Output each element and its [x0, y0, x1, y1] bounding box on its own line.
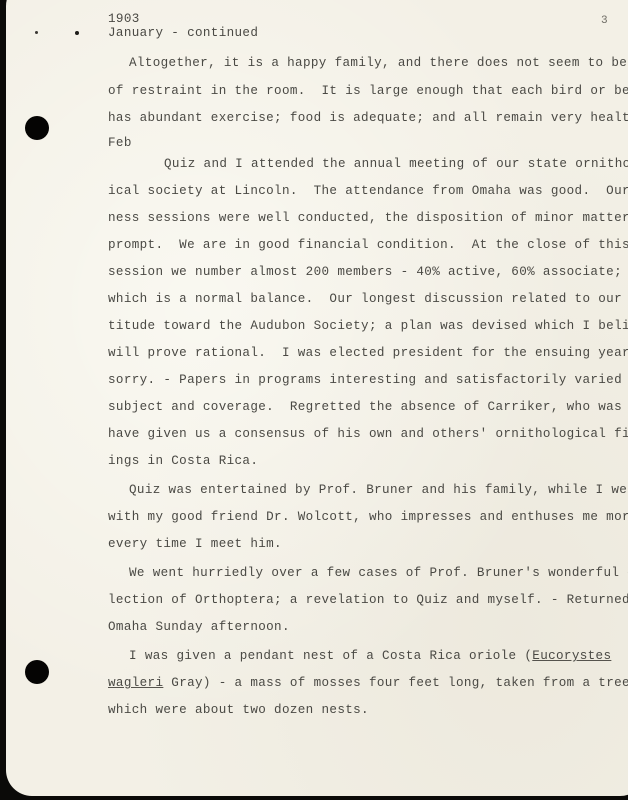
text-line: which were about two dozen nests. [108, 703, 369, 717]
text-line: with my good friend Dr. Wolcott, who imp… [108, 510, 628, 524]
text-line: Quiz was entertained by Prof. Bruner and… [129, 483, 628, 497]
text-line: titude toward the Audubon Society; a pla… [108, 319, 628, 333]
date-marker-feb: Feb [108, 136, 132, 150]
punch-hole-bottom [25, 660, 49, 684]
text-line: which is a normal balance. Our longest d… [108, 292, 628, 306]
text-line: subject and coverage. Regretted the abse… [108, 400, 628, 414]
text-segment: I was given a pendant nest of a Costa Ri… [129, 649, 532, 663]
scanned-document: 3 1903 January - continued Altogether, i… [0, 0, 628, 800]
text-line: ness sessions were well conducted, the d… [108, 211, 628, 225]
text-line: Quiz and I attended the annual meeting o… [164, 157, 628, 171]
text-line: ings in Costa Rica. [108, 454, 258, 468]
header-month: January - continued [108, 26, 258, 40]
text-line-species: wagleri Gray) - a mass of mosses four fe… [108, 676, 628, 690]
text-line: lection of Orthoptera; a revelation to Q… [108, 593, 628, 607]
text-line: has abundant exercise; food is adequate;… [108, 111, 628, 125]
text-line: sorry. - Papers in programs interesting … [108, 373, 628, 387]
text-line: every time I meet him. [108, 537, 282, 551]
document-body: Altogether, it is a happy family, and th… [0, 0, 32, 420]
text-line: session we number almost 200 members - 4… [108, 265, 622, 279]
text-line: prompt. We are in good financial conditi… [108, 238, 628, 252]
text-line: ical society at Lincoln. The attendance … [108, 184, 628, 198]
species-epithet: wagleri [108, 676, 163, 690]
page-number: 3 [601, 15, 608, 27]
header-year: 1903 [108, 12, 140, 26]
paper-speck [35, 31, 38, 34]
text-line: of restraint in the room. It is large en… [108, 84, 628, 98]
text-line: We went hurriedly over a few cases of Pr… [129, 566, 628, 580]
species-genus: Eucorystes [532, 649, 611, 663]
text-line: have given us a consensus of his own and… [108, 427, 628, 441]
text-line: Omaha Sunday afternoon. [108, 620, 290, 634]
paper-speck [75, 31, 79, 35]
text-line: will prove rational. I was elected presi… [108, 346, 628, 360]
text-line: Altogether, it is a happy family, and th… [129, 56, 628, 70]
text-segment: Gray) - a mass of mosses four feet long,… [171, 676, 628, 690]
text-line-oriole: I was given a pendant nest of a Costa Ri… [129, 649, 611, 663]
